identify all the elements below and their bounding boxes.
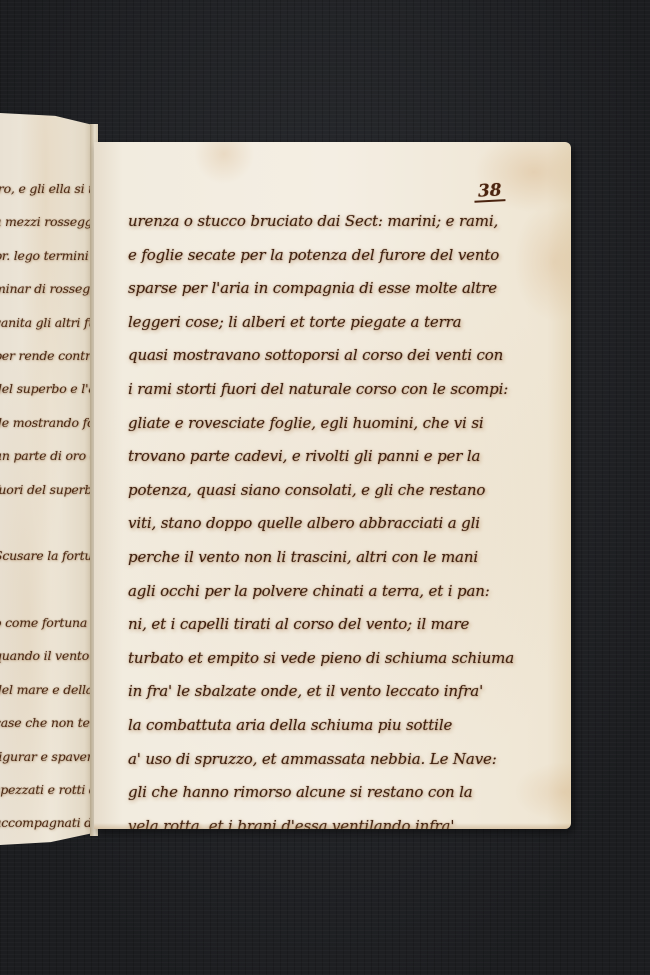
manuscript-line: potenza, quasi siano consolati, e gli ch… bbox=[128, 474, 548, 508]
manuscript-line: i rami storti fuori del naturale corso c… bbox=[128, 373, 548, 407]
manuscript-line bbox=[0, 509, 92, 542]
manuscript-line: e foglie secate per la potenza del furor… bbox=[128, 239, 548, 273]
page-bottom-edge bbox=[94, 823, 571, 829]
manuscript-line: iro, e gli ella si trovan bbox=[0, 175, 92, 208]
manuscript-line: turbato et empito si vede pieno di schiu… bbox=[128, 642, 548, 676]
manuscript-line: Scusare la fortuna bbox=[0, 542, 92, 575]
manuscript-line: pr. lego termini della bbox=[0, 242, 92, 275]
manuscript-line: ni, et i capelli tirati al corso del ven… bbox=[128, 608, 548, 642]
left-page-fragment: iro, e gli ella si trovan a mezzi rosseg… bbox=[0, 113, 92, 845]
manuscript-line: urenza o stucco bruciato dai Sect: marin… bbox=[128, 205, 548, 239]
manuscript-line: de mostrando foggia bbox=[0, 409, 92, 442]
manuscript-line: perche il vento non li trascini, altri c… bbox=[128, 541, 548, 575]
manuscript-line: viti, stano doppo quelle albero abbracci… bbox=[128, 507, 548, 541]
manuscript-line: sparse per l'aria in compagnia di esse m… bbox=[128, 272, 548, 306]
manuscript-line: la combattuta aria della schiuma piu sot… bbox=[128, 709, 548, 743]
manuscript-line: gliate e rovesciate foglie, egli huomini… bbox=[128, 407, 548, 441]
manuscript-line: per rende contrapari bbox=[0, 342, 92, 375]
manuscript-line bbox=[0, 576, 92, 609]
manuscript-line: in fra' le sbalzate onde, et il vento le… bbox=[128, 675, 548, 709]
manuscript-line: trovano parte cadevi, e rivolti gli pann… bbox=[128, 440, 548, 474]
manuscript-line: figurar e spaventi bbox=[0, 743, 92, 776]
catchword: a.v.c. bbox=[0, 843, 92, 845]
manuscript-line: fuori del superbo bbox=[0, 476, 92, 509]
manuscript-line: del superbo e l'ancora bbox=[0, 375, 92, 408]
left-page-text: iro, e gli ella si trovan a mezzi rosseg… bbox=[0, 175, 92, 845]
right-page-text: urenza o stucco bruciato dai Sect: marin… bbox=[128, 205, 548, 829]
folio-number: 38 bbox=[473, 181, 505, 203]
right-page: 38 urenza o stucco bruciato dai Sect: ma… bbox=[94, 142, 571, 829]
manuscript-line: un parte di oro e fin bbox=[0, 442, 92, 475]
manuscript-line: del mare e della terra bbox=[0, 676, 92, 709]
manuscript-line: quando il vento sof: bbox=[0, 642, 92, 675]
manuscript-line: a' uso di spruzzo, et ammassata nebbia. … bbox=[128, 743, 548, 777]
manuscript-line: gli che hanno rimorso alcune si restano … bbox=[128, 776, 548, 810]
manuscript-line: a mezzi rosseggianti bbox=[0, 208, 92, 241]
manuscript-line: minar di rosseggiare bbox=[0, 275, 92, 308]
manuscript-line: vanita gli altri fuori bbox=[0, 309, 92, 342]
manuscript-line: spezzati e rotti della bbox=[0, 776, 92, 809]
manuscript-line: o come fortuna con bbox=[0, 609, 92, 642]
manuscript-line: accompagnati dalla bbox=[0, 809, 92, 842]
manuscript-line: quasi mostravano sottoporsi al corso dei… bbox=[128, 339, 548, 373]
manuscript-line: leggeri cose; li alberi et torte piegate… bbox=[128, 306, 548, 340]
manuscript-line: case che non temono bbox=[0, 709, 92, 742]
manuscript-line: agli occhi per la polvere chinati a terr… bbox=[128, 575, 548, 609]
